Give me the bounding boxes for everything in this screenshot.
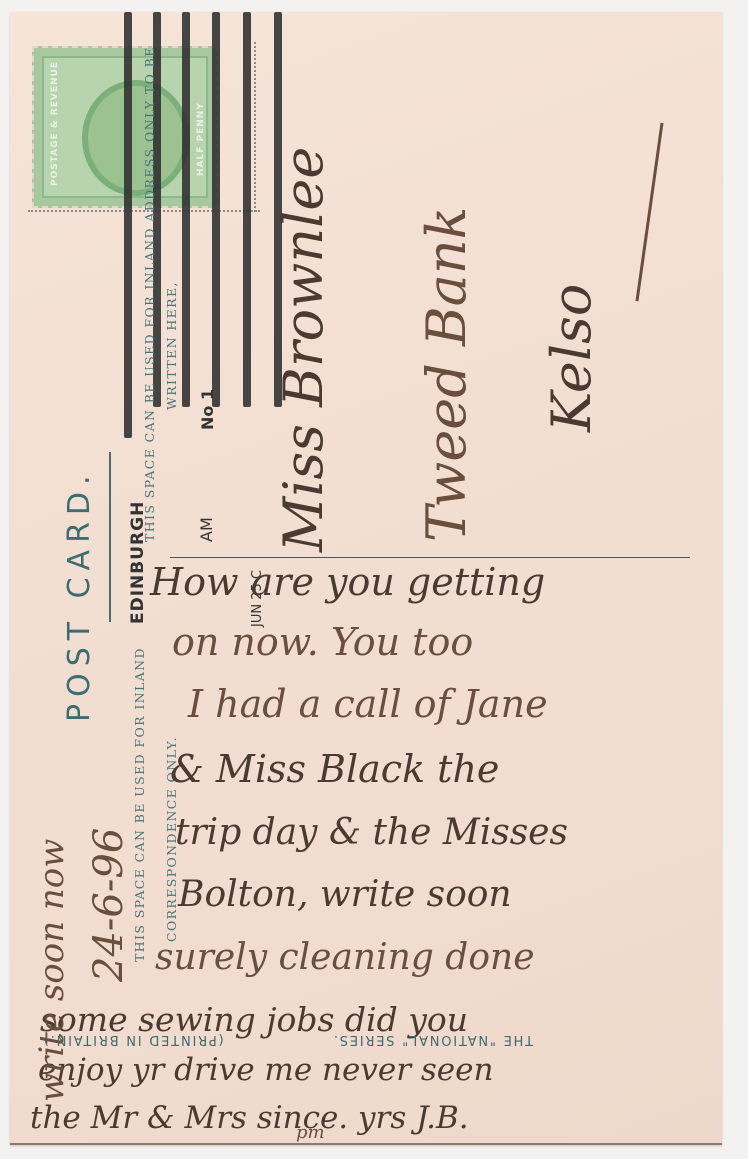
message-line: I had a call of Jane bbox=[188, 682, 548, 726]
correspondence-instruction-line1: THIS SPACE CAN BE USED FOR INLAND bbox=[132, 647, 147, 962]
stamp-right-text: HALF PENNY bbox=[196, 102, 206, 176]
divider-vertical bbox=[109, 452, 111, 622]
postcard: POSTAGE & REVENUE HALF PENNY POST CARD. … bbox=[10, 12, 722, 1145]
message-line: & Miss Black the bbox=[170, 747, 499, 791]
address-instruction-line1: THIS SPACE CAN BE USED FOR INLAND ADDRES… bbox=[142, 46, 157, 542]
message-line: enjoy yr drive me never seen bbox=[38, 1052, 493, 1088]
margin-note: write soon now bbox=[32, 839, 72, 1102]
king-portrait-icon bbox=[82, 80, 190, 196]
message-line: trip day & the Misses bbox=[175, 812, 568, 853]
message-line: the Mr & Mrs since. yrs J.B. bbox=[30, 1100, 469, 1136]
address-instruction-line2: WRITTEN HERE, bbox=[164, 281, 179, 410]
postmark-city: EDINBURGH bbox=[128, 501, 148, 624]
message-line: on now. You too bbox=[172, 620, 473, 664]
cancellation-bar bbox=[124, 12, 132, 438]
divider-horizontal bbox=[170, 557, 690, 558]
address-line-3: Kelso bbox=[540, 284, 603, 432]
postmark-number: No 1 bbox=[198, 389, 217, 430]
footer-series: THE "NATIONAL" SERIES. bbox=[332, 1032, 533, 1047]
date-note: 24-6-96 bbox=[86, 828, 132, 982]
message-line: Bolton, write soon bbox=[178, 874, 512, 915]
address-flourish bbox=[635, 123, 663, 302]
stamp-left-text: POSTAGE & REVENUE bbox=[50, 61, 60, 186]
cancellation-bar bbox=[212, 12, 220, 407]
postcard-title: POST CARD. bbox=[62, 468, 97, 722]
cancellation-bar bbox=[182, 12, 190, 407]
stamp-box-right-line bbox=[254, 42, 256, 212]
bottom-note: pm bbox=[296, 1122, 325, 1143]
message-line: surely cleaning done bbox=[155, 937, 535, 978]
address-line-2: Tweed Bank bbox=[415, 207, 478, 542]
postmark-time: AM bbox=[197, 517, 216, 542]
cancellation-bar bbox=[243, 12, 251, 407]
address-line-1: Miss Brownlee bbox=[272, 147, 335, 552]
message-line: How are you getting bbox=[150, 560, 545, 604]
footer-printed: (PRINTED IN BRITAIN.) bbox=[42, 1032, 224, 1047]
